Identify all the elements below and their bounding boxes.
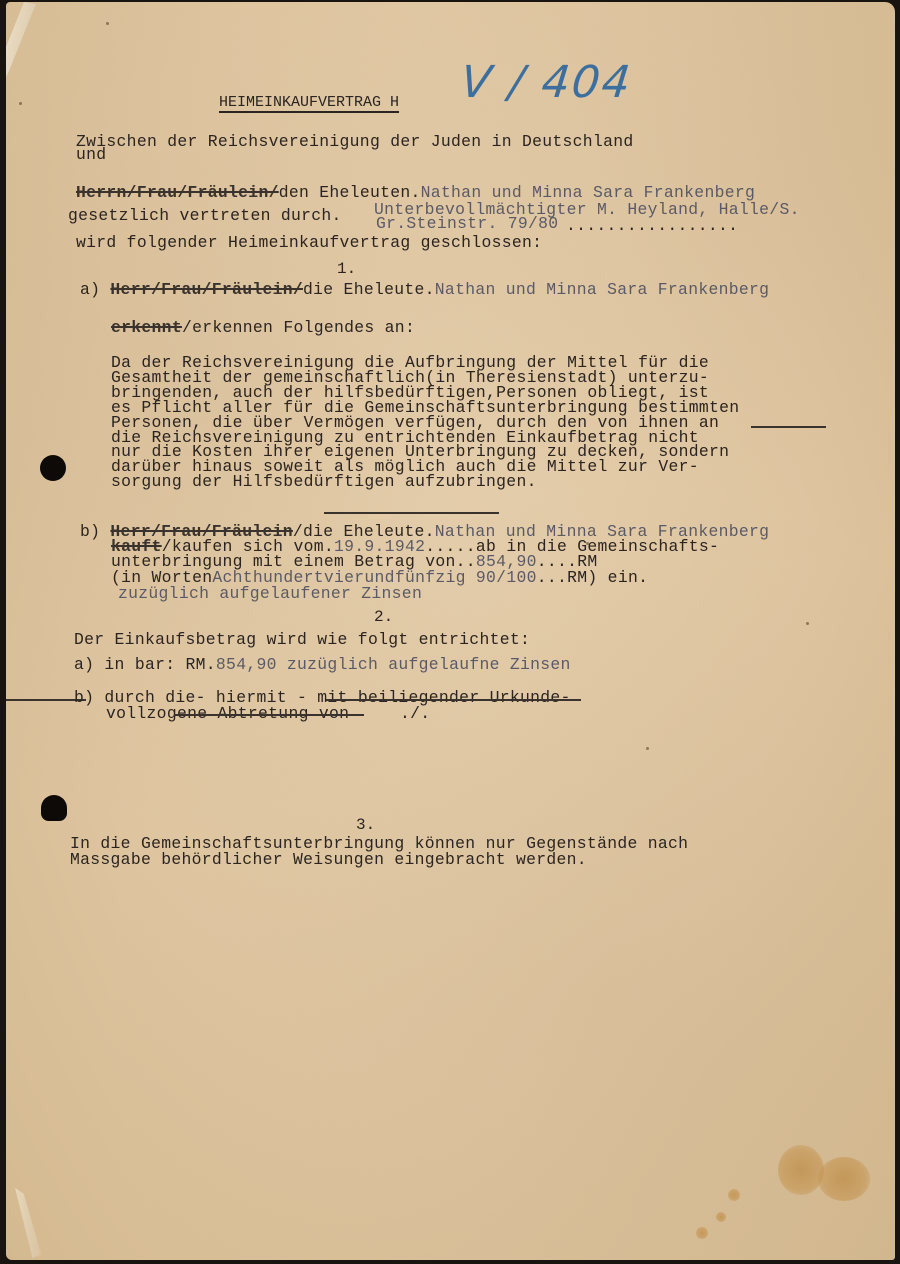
party-names: Nathan und Minna Sara Frankenberg <box>435 280 770 299</box>
stain <box>716 1212 726 1222</box>
section-1-paragraph: Da der Reichsvereinigung die Aufbringung… <box>111 356 739 490</box>
assignment-value: ./. <box>400 704 430 723</box>
intro-line-1: Zwischen der Reichsvereinigung der Juden… <box>76 134 633 150</box>
document-page: HEIMEINKAUFVERTRAG H V / 404 Zwischen de… <box>6 2 895 1260</box>
punch-hole-lower <box>41 795 67 821</box>
punch-hole-upper <box>40 455 66 481</box>
section-2a-line: a) in bar: RM.854,90 zuzüglich aufgelauf… <box>74 657 571 673</box>
section-3-number: 3. <box>356 816 375 834</box>
document-title: HEIMEINKAUFVERTRAG H <box>219 94 399 113</box>
section-1a-line: a) Herr/Frau/Fräulein/die Eheleute.Natha… <box>80 282 769 298</box>
intro-line-2: und <box>76 147 106 163</box>
section-1-number: 1. <box>337 260 356 278</box>
struck-salutation: Herrn/Frau/Fräulein/ <box>76 183 279 202</box>
stain <box>778 1145 824 1195</box>
strike-line <box>324 512 499 514</box>
section-2-number: 2. <box>374 608 393 626</box>
stain <box>818 1157 870 1201</box>
section-1a-acknowledge: erkennt/erkennen Folgendes an: <box>111 320 415 336</box>
stain <box>696 1227 708 1239</box>
section-2-intro: Der Einkaufsbetrag wird wie folgt entric… <box>74 632 530 648</box>
cash-amount: 854,90 <box>216 655 277 674</box>
handwritten-reference: V / 404 <box>458 57 634 108</box>
intro-party-line: Herrn/Frau/Fräulein/den Eheleuten.Nathan… <box>76 185 755 201</box>
interest-note: zuzüglich aufgelaufener Zinsen <box>118 586 422 602</box>
intro-closing: wird folgender Heimeinkaufvertrag geschl… <box>76 235 542 251</box>
stain <box>728 1189 740 1201</box>
strike-line <box>174 714 364 716</box>
fill-dots: ................. <box>566 218 738 234</box>
intro-representative-line: gesetzlich vertreten durch. <box>68 208 342 224</box>
section-3-line-2: Massgabe behördlicher Weisungen eingebra… <box>70 852 587 868</box>
strike-line <box>326 699 581 701</box>
strike-line <box>751 426 826 428</box>
representative-address: Gr.Steinstr. 79/80 <box>376 216 558 232</box>
